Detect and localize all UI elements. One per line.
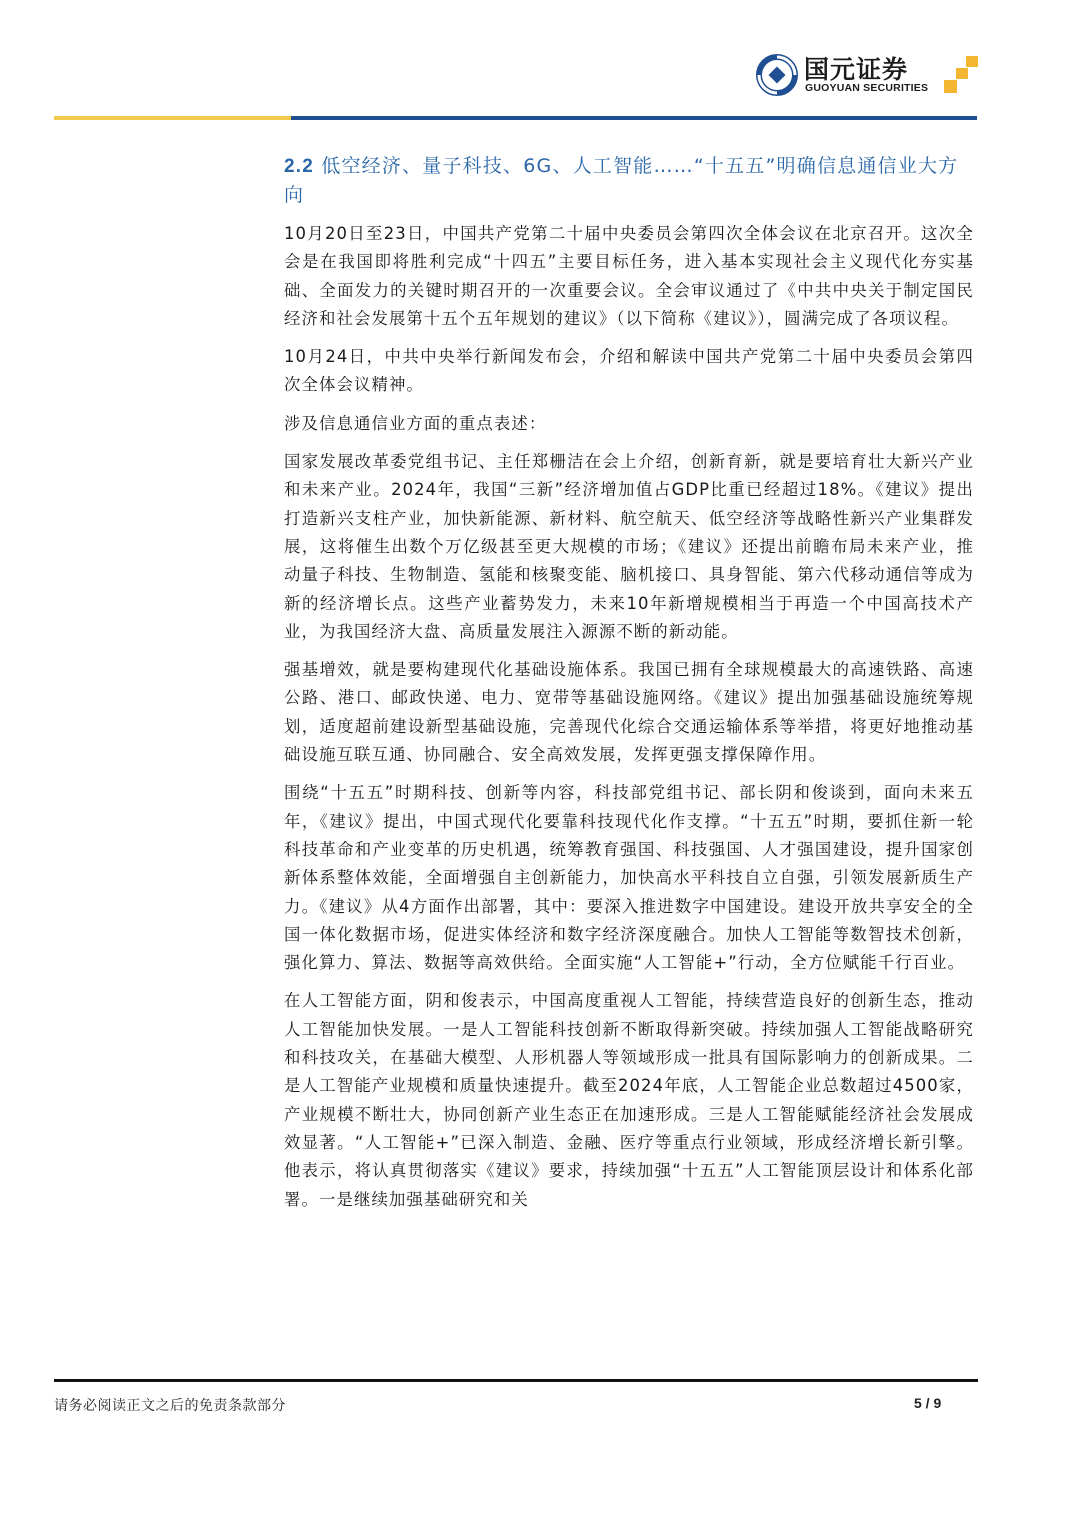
header-divider-gold [54,116,291,120]
guoyuan-logo-icon [756,54,798,96]
section-number: 2.2 [284,156,314,177]
paragraph-plenary-session: 10月20日至23日，中国共产党第二十届中央委员会第四次全体会议在北京召开。这次… [284,220,974,333]
paragraph-press-conference: 10月24日，中共中央举行新闻发布会，介绍和解读中国共产党第二十届中央委员会第四… [284,343,974,400]
report-body: 2.2 低空经济、量子科技、6G、人工智能……“十五五”明确信息通信业大方向 1… [284,152,974,1224]
page-number: 5 / 9 [914,1395,941,1411]
paragraph-emerging-industries: 国家发展改革委党组书记、主任郑栅洁在会上介绍，创新育新，就是要培育壮大新兴产业和… [284,448,974,646]
header-divider [54,116,977,120]
footer-divider [54,1379,978,1382]
paragraph-technology-innovation: 围绕“十五五”时期科技、创新等内容，科技部党组书记、部长阴和俊谈到，面向未来五年… [284,779,974,977]
section-title-text: 低空经济、量子科技、6G、人工智能……“十五五”明确信息通信业大方向 [284,155,958,206]
logo-name-en: GUOYUAN SECURITIES [805,82,928,94]
header-divider-blue [291,116,977,120]
section-heading: 2.2 低空经济、量子科技、6G、人工智能……“十五五”明确信息通信业大方向 [284,152,974,210]
disclaimer-note: 请务必阅读正文之后的免责条款部分 [54,1395,286,1415]
paragraph-artificial-intelligence: 在人工智能方面，阴和俊表示，中国高度重视人工智能，持续营造良好的创新生态，推动人… [284,987,974,1213]
logo-name-cn: 国元证券 [804,50,908,86]
paragraph-key-points-intro: 涉及信息通信业方面的重点表述： [284,410,974,438]
paragraph-infrastructure: 强基增效，就是要构建现代化基础设施体系。我国已拥有全球规模最大的高速铁路、高速公… [284,656,974,769]
company-logo: 国元证券 GUOYUAN SECURITIES [756,52,981,98]
gold-squares-icon [944,56,980,94]
